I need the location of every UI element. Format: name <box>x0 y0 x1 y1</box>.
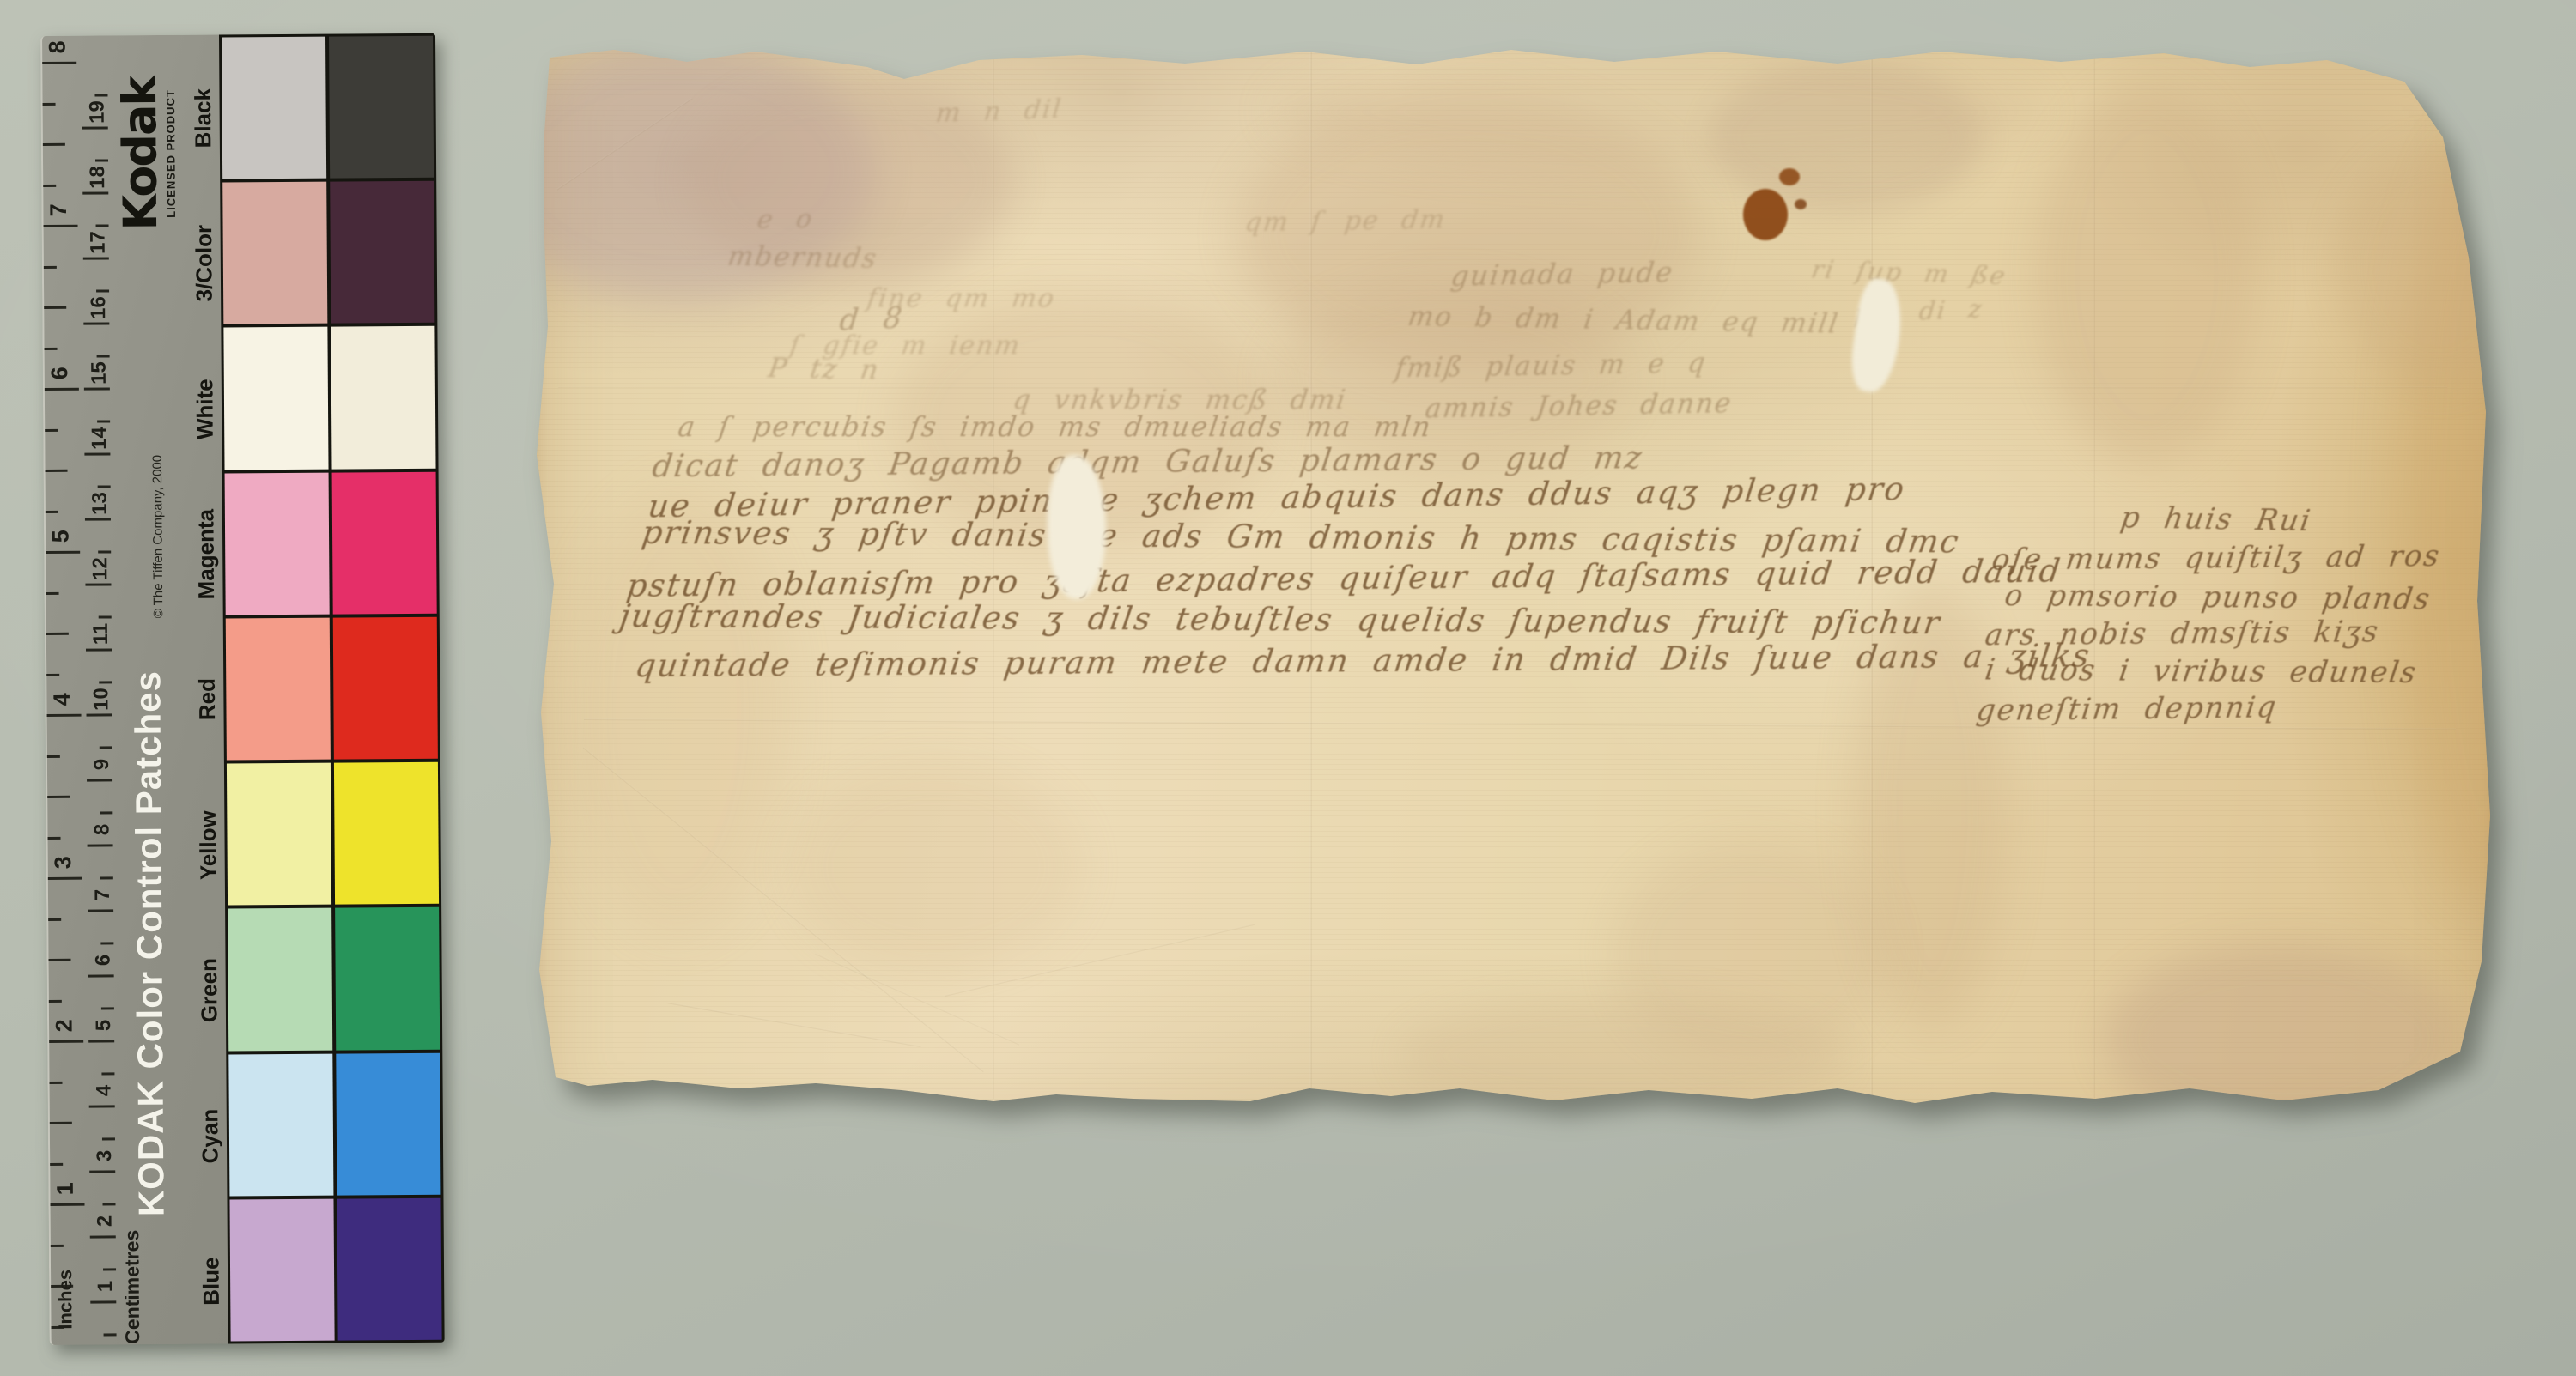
cm-number: 10 <box>89 688 113 711</box>
cm-number: 16 <box>87 296 111 319</box>
script-line: o pmsorio punso plands <box>2002 579 2433 616</box>
cm-tick <box>82 191 108 194</box>
cm-tick <box>89 1170 115 1173</box>
inch-tick <box>45 388 79 391</box>
cm-tick <box>88 1040 114 1042</box>
inch-tick <box>46 633 69 635</box>
script-line: m n dil <box>934 94 1064 128</box>
fold-crease <box>558 386 2447 388</box>
inch-tick <box>43 102 56 105</box>
cm-tick <box>87 713 112 716</box>
cm-number: 18 <box>86 166 110 189</box>
inch-tick <box>49 1081 62 1083</box>
script-line: ars nobis dmsſtis kiʒs <box>1983 615 2381 652</box>
patch-grid <box>219 33 445 1344</box>
cm-tick <box>84 387 110 390</box>
cm-tick <box>101 1007 114 1009</box>
inch-tick <box>50 1162 63 1165</box>
centimetres-label: Centimetres <box>120 1230 144 1344</box>
parchment-stain <box>790 764 1082 970</box>
inch-number: 8 <box>45 40 71 53</box>
card-title: KODAK Color Control Patches <box>127 670 172 1216</box>
cm-number: 19 <box>86 100 110 124</box>
cm-number: 11 <box>89 623 113 646</box>
inch-tick <box>46 510 58 512</box>
cm-tick <box>82 126 108 129</box>
script-line: guinada pude <box>1449 256 1676 293</box>
cm-tick <box>83 322 109 324</box>
cm-tick <box>89 1105 115 1107</box>
inch-number: 6 <box>46 367 73 379</box>
patch-white-solid <box>331 326 435 469</box>
cm-tick <box>99 681 112 683</box>
kodak-color-card: 12345678 12345678910111213141516171819 K… <box>40 33 445 1345</box>
script-line: geneſtim depnniq <box>1974 690 2279 728</box>
patch-yellow-tint <box>227 763 331 906</box>
script-line: P tz n <box>766 353 882 385</box>
patch-label-blue: Blue <box>197 1257 224 1306</box>
parchment-stain <box>2035 86 2258 464</box>
cm-tick <box>96 289 109 292</box>
cm-tick <box>102 1137 115 1140</box>
cm-number: 3 <box>93 1150 117 1162</box>
inch-number: 2 <box>51 1019 77 1032</box>
inch-tick <box>44 306 66 309</box>
cm-tick <box>100 746 112 749</box>
cm-tick <box>88 909 113 912</box>
inch-number: 3 <box>50 856 76 869</box>
inch-tick <box>49 999 62 1002</box>
inch-tick <box>45 347 58 349</box>
rust-stain <box>1779 168 1800 185</box>
inch-number: 5 <box>48 530 75 543</box>
patch-cyan-tint <box>228 1053 333 1196</box>
script-line: p huis Rui <box>2118 500 2314 538</box>
inch-tick <box>48 836 61 839</box>
cm-tick <box>97 355 110 357</box>
copyright-label: © The Tiffen Company, 2000 <box>150 455 166 618</box>
cm-tick <box>100 811 112 814</box>
cm-tick <box>85 518 111 520</box>
cm-tick <box>101 1072 114 1075</box>
cm-tick <box>90 1300 116 1303</box>
script-line: i duos i viribus edunels <box>1983 652 2420 689</box>
inch-tick <box>44 265 57 268</box>
cm-number: 14 <box>88 427 112 450</box>
cm-tick <box>100 876 113 879</box>
parchment-stain <box>1752 225 1769 238</box>
patch-black-solid <box>329 36 434 179</box>
inch-tick <box>47 714 82 717</box>
cm-tick <box>98 485 111 488</box>
inch-tick <box>49 1040 83 1043</box>
repair-patch <box>1847 276 1907 395</box>
cm-tick <box>87 779 112 781</box>
patch-3/color-solid <box>330 181 434 324</box>
cm-tick <box>99 615 112 618</box>
parchment-stain <box>2336 146 2542 386</box>
script-line: oſe mums quiſtilʒ ad ros <box>1990 539 2442 578</box>
fold-crease <box>667 1002 921 1047</box>
cm-tick <box>104 1333 117 1336</box>
patch-green-solid <box>335 907 440 1050</box>
cm-number: 7 <box>91 889 115 901</box>
licensed-product-label: LICENSED PRODUCT <box>164 89 178 218</box>
inch-tick <box>46 470 68 472</box>
cm-tick <box>88 974 114 977</box>
kodak-card-shadow: 12345678 12345678910111213141516171819 K… <box>40 36 435 1345</box>
patch-label-white: White <box>191 379 218 439</box>
patch-red-tint <box>226 618 331 761</box>
photo-stage: 12345678 12345678910111213141516171819 K… <box>0 0 2576 1376</box>
patch-yellow-solid <box>334 762 439 905</box>
inch-tick <box>43 143 65 146</box>
patch-magenta-solid <box>332 471 437 614</box>
script-line: pstuſn oblanisſm pro ʒaſta ezpadres quiſ… <box>624 552 2063 604</box>
cm-number: 4 <box>93 1085 117 1097</box>
patch-label-black: Black <box>190 88 216 149</box>
cm-tick <box>84 452 110 455</box>
cm-tick <box>88 844 113 846</box>
cm-number: 8 <box>90 824 114 836</box>
patch-blue-tint <box>229 1198 334 1341</box>
inch-tick <box>46 551 80 554</box>
inch-tick <box>44 225 78 227</box>
cm-number: 2 <box>94 1215 118 1227</box>
script-line: e o <box>756 203 816 234</box>
inch-tick <box>45 428 58 431</box>
cm-tick <box>90 1235 116 1238</box>
patch-3/color-tint <box>222 182 327 324</box>
cm-tick <box>103 1268 116 1270</box>
cm-number: 1 <box>94 1281 118 1293</box>
vertical-fold-crease <box>992 26 994 1099</box>
cm-number: 13 <box>88 492 112 515</box>
parchment-stain <box>1400 996 1846 1116</box>
patch-label-cyan: Cyan <box>197 1108 223 1163</box>
script-line: fmiß plauis m e q <box>1394 348 1709 384</box>
cm-tick <box>97 420 110 422</box>
inch-tick <box>47 755 60 757</box>
patch-green-tint <box>228 908 332 1051</box>
parchment-stain <box>1271 52 2044 172</box>
cm-tick <box>85 583 111 585</box>
cm-tick <box>98 550 111 553</box>
script-line: a ſ percubis ſs imdo ms dmueliads ma mln <box>676 410 1434 443</box>
inch-tick <box>48 918 61 920</box>
script-line: jugſtrandes Judiciales ʒ dils tebuſtles … <box>617 597 1943 641</box>
patch-label-green: Green <box>196 958 223 1022</box>
cm-number: 15 <box>88 361 112 385</box>
kodak-logo: Kodak <box>112 76 167 230</box>
patch-label-yellow: Yellow <box>195 810 222 880</box>
inch-tick <box>46 591 59 594</box>
cm-tick <box>95 159 108 161</box>
inch-tick <box>43 184 56 186</box>
parchment-shadow: m n dile ombernudsqm ſ pe dmguinada pude… <box>532 26 2494 1146</box>
cm-number: 9 <box>90 759 114 771</box>
cm-number: 12 <box>88 557 112 580</box>
cm-tick <box>94 94 107 96</box>
patch-cyan-solid <box>336 1052 440 1195</box>
cm-number: 5 <box>92 1020 116 1032</box>
script-line: mbernuds <box>726 241 880 275</box>
inch-tick <box>46 673 59 676</box>
parchment-stain <box>2104 944 2464 1133</box>
patch-blue-solid <box>337 1198 441 1341</box>
patch-black-tint <box>222 37 326 179</box>
script-line: qm ſ pe dm <box>1243 204 1448 238</box>
inch-tick <box>51 1244 64 1246</box>
inch-number: 4 <box>49 693 76 706</box>
patch-magenta-tint <box>225 472 330 615</box>
cm-tick <box>83 257 109 259</box>
inch-tick <box>50 1122 72 1124</box>
inch-tick <box>49 959 71 961</box>
parchment-document: m n dile ombernudsqm ſ pe dmguinada pude… <box>532 26 2494 1146</box>
patch-label-red: Red <box>194 678 221 720</box>
parchment-stain <box>567 489 790 936</box>
cm-tick <box>102 1203 115 1205</box>
cm-number: 17 <box>87 231 111 254</box>
cm-tick <box>86 648 112 651</box>
patch-red-solid <box>333 617 438 760</box>
inch-tick <box>48 877 82 880</box>
rust-stain <box>1795 199 1807 209</box>
patch-label-magenta: Magenta <box>192 509 220 600</box>
script-line: amnis Johes danne <box>1424 388 1735 424</box>
patch-label-3/color: 3/Color <box>191 225 218 302</box>
inches-label: Inches <box>54 1270 76 1330</box>
cm-tick <box>96 224 109 227</box>
patch-white-tint <box>223 327 328 470</box>
inch-tick <box>50 1203 84 1206</box>
inch-number: 7 <box>46 203 72 216</box>
cm-number: 6 <box>91 955 115 967</box>
script-line: ri ſup m ße <box>1809 254 2009 290</box>
inch-number: 1 <box>52 1182 79 1195</box>
cm-tick <box>100 942 113 944</box>
inch-tick <box>47 796 70 798</box>
script-line: prinsves ʒ pſtv danis Ge ads Gm dmonis h… <box>640 514 1963 561</box>
inch-tick <box>42 62 76 64</box>
